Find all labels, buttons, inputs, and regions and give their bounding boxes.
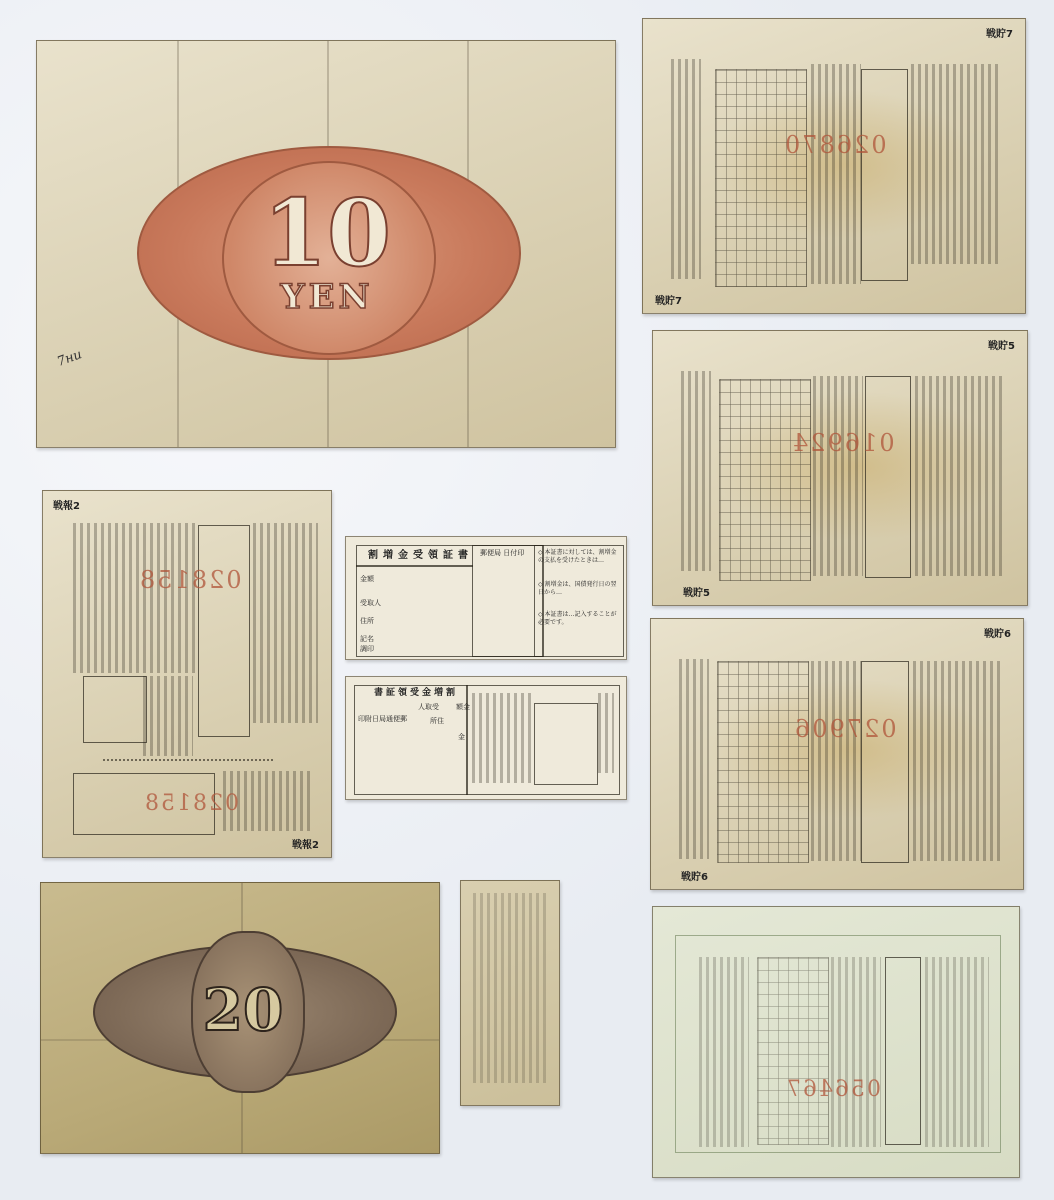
- corner-label-top: 戦報2: [53, 497, 80, 512]
- banknote-10-yen: 10 YEN 7ни: [36, 40, 616, 448]
- serial-number: 016924: [791, 429, 895, 457]
- war-savings-bond-5: 戦貯5 016924 戦貯5: [652, 330, 1028, 606]
- receipt2-kin: 金: [458, 733, 465, 742]
- field-seal: 調印: [360, 645, 374, 654]
- war-savings-bond-green: 056467: [652, 906, 1020, 1178]
- corner-label-bottom: 戦報2: [292, 836, 319, 851]
- corner-label-top: 戦貯7: [986, 25, 1013, 40]
- serial-number-bottom: 028158: [143, 791, 239, 816]
- denomination-10: 10: [263, 187, 391, 279]
- serial-number: 056467: [785, 1077, 881, 1102]
- corner-label-top: 戦貯5: [988, 337, 1015, 352]
- war-savings-bond-7: 戦貯7 026870 戦貯7: [642, 18, 1026, 314]
- serial-number: 026870: [783, 131, 887, 159]
- banknote-20: 20: [40, 882, 440, 1154]
- corner-label-top: 戦貯6: [984, 625, 1011, 640]
- field-name: 記名: [360, 635, 374, 644]
- receipt2-recipient: 人取受: [418, 703, 439, 712]
- instruction-slip: [460, 880, 560, 1106]
- denomination-20: 20: [203, 976, 284, 1044]
- corner-label-bottom: 戦貯5: [683, 584, 710, 599]
- serial-number: 027906: [793, 715, 897, 743]
- receipt-form-inverted: 書証領受金増割 印附日局通便郵 人取受 所住 額金 金: [345, 676, 627, 800]
- receipt-title: 割増金受領証書: [368, 551, 473, 560]
- field-recipient: 受取人: [360, 599, 381, 608]
- field-address: 住所: [360, 617, 374, 626]
- war-bond-sen-ho-2: 戦報2 028158 028158 戦報2: [42, 490, 332, 858]
- war-savings-bond-6: 戦貯6 027906 戦貯6: [650, 618, 1024, 890]
- handwritten-mark: 7ни: [55, 347, 84, 370]
- receipt2-stamp: 印附日局通便郵: [358, 715, 407, 724]
- denomination-block: 20: [93, 945, 393, 1075]
- serial-number-top: 028158: [138, 566, 242, 594]
- receipt-form-upright: 割増金受領証書 金額 受取人 住所 記名 調印 郵便局 日付印 ◇ 本証書に対し…: [345, 536, 627, 660]
- receipt2-title: 書証領受金増割: [374, 689, 458, 698]
- note-1: ◇ 本証書に対しては、割増金の支払を受けたときは…: [538, 549, 620, 565]
- denomination-block: 10 YEN: [137, 146, 517, 356]
- corner-label-bottom: 戦貯7: [655, 292, 682, 307]
- receipt2-address: 所住: [430, 717, 444, 726]
- corner-label-bottom: 戦貯6: [681, 868, 708, 883]
- note-3: ◇ 本証書は…記入することが必要です。: [538, 611, 620, 627]
- denomination-yen: YEN: [280, 279, 373, 315]
- note-2: ◇ 割増金は、国債発行日の翌日から…: [538, 581, 620, 597]
- stamp-header: 郵便局 日付印: [480, 549, 524, 558]
- field-amount: 金額: [360, 575, 374, 584]
